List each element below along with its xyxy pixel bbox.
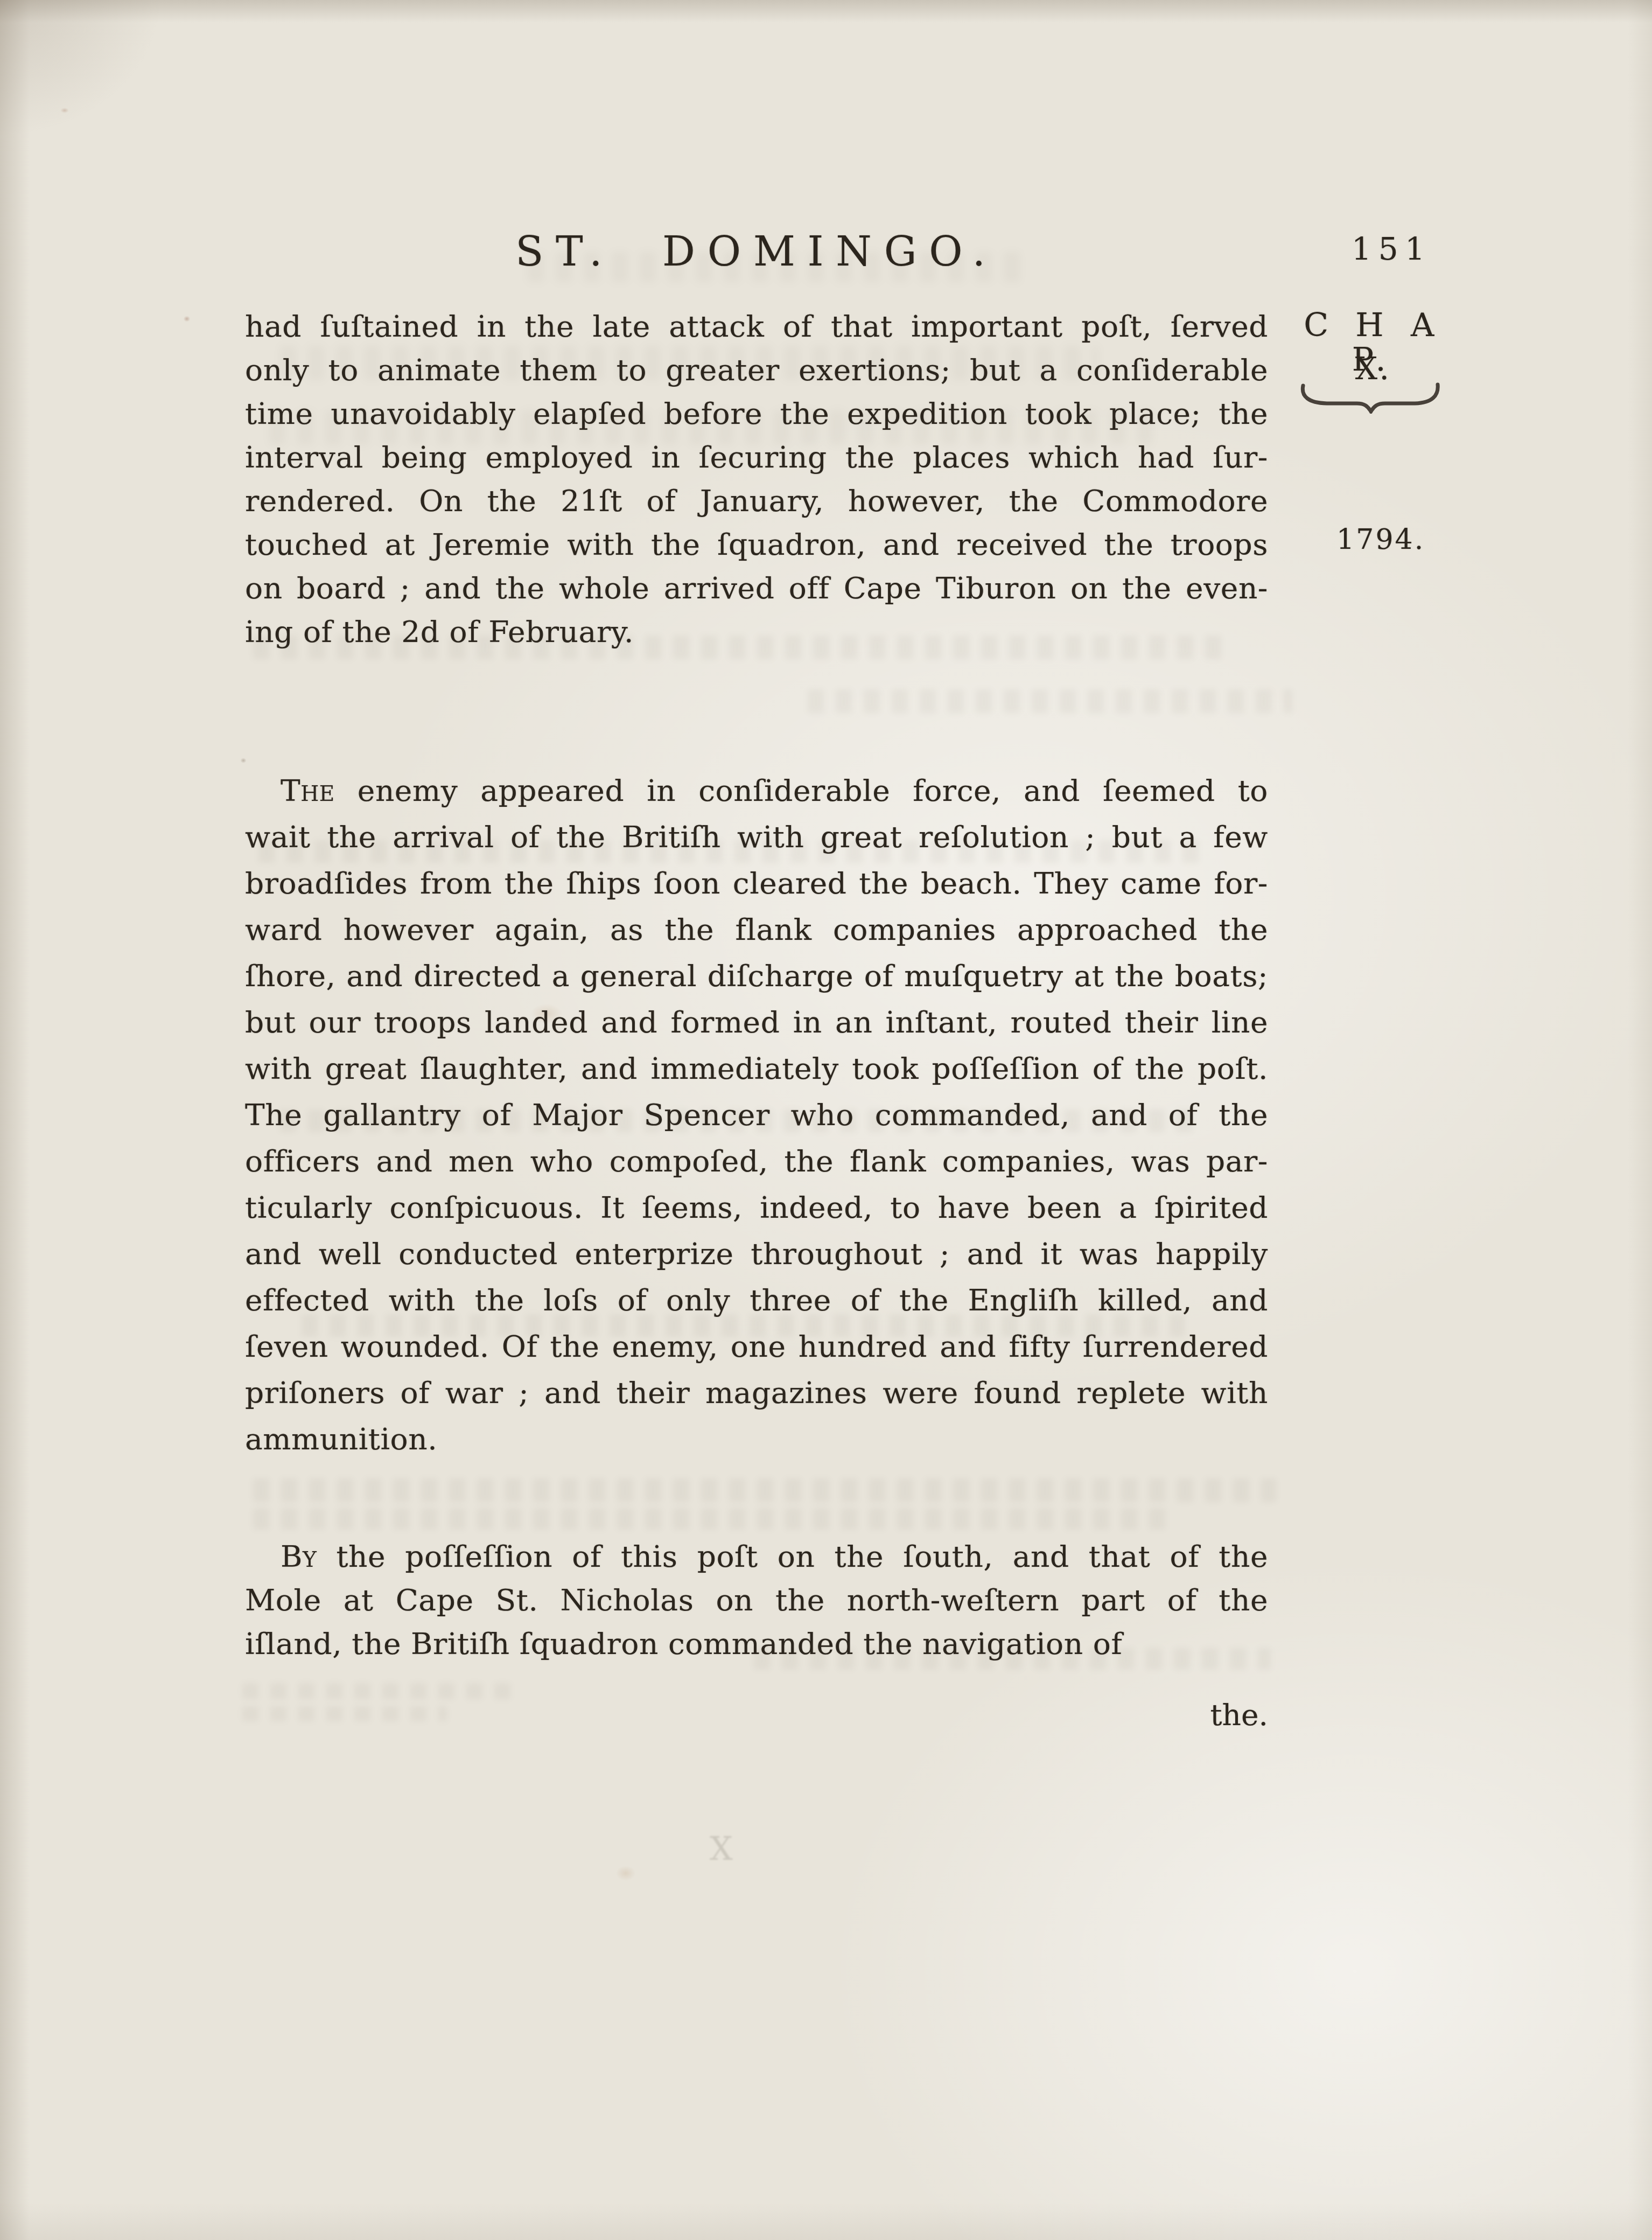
show-through-ghost-text: [253, 1478, 1276, 1502]
text-line: Mole at Cape St. Nicholas on the north-w…: [245, 1579, 1268, 1622]
text-line: wait the arrival of the Britiſh with gre…: [245, 814, 1268, 860]
text-line: interval being employed in ſecuring the …: [245, 436, 1268, 479]
text-line: touched at Jeremie with the ſquadron, an…: [245, 523, 1268, 567]
text-line: officers and men who compoſed, the flank…: [245, 1138, 1268, 1184]
text-line: and well conducted enterprize throughout…: [245, 1231, 1268, 1277]
text-line: rendered. On the 21ſt of January, howeve…: [245, 479, 1268, 523]
text-line: The gallantry of Major Spencer who comma…: [245, 1092, 1268, 1138]
paragraph-lead-capital: B: [281, 1539, 303, 1574]
margin-year-note: 1794.: [1336, 524, 1425, 556]
text-line: priſoners of war ; and their magazines w…: [245, 1370, 1268, 1416]
running-head-title: ST. DOMINGO.: [245, 227, 1268, 275]
text-line: effected with the loſs of only three of …: [245, 1277, 1268, 1323]
text-line: ammunition.: [245, 1416, 1268, 1462]
text-line: ticularly conſpicuous. It ſeems, indeed,…: [245, 1184, 1268, 1231]
page-number: 151: [1352, 231, 1432, 267]
paragraph-lead-smallcaps: y: [303, 1539, 317, 1574]
book-page: ST. DOMINGO. 151 C H A P. X. 1794. had ſ…: [0, 0, 1652, 2240]
text-line: The enemy appeared in conſiderable force…: [245, 767, 1268, 814]
text-line: but our troops landed and formed in an i…: [245, 999, 1268, 1045]
catchword: the.: [245, 1698, 1268, 1732]
paragraph: By the poſſeſſion of this poſt on the ſo…: [245, 1535, 1268, 1666]
show-through-ghost-text: [808, 689, 1292, 713]
text-line: ſhore, and directed a general diſcharge …: [245, 953, 1268, 999]
show-through-ghost-text: [242, 1683, 522, 1699]
text-line: By the poſſeſſion of this poſt on the ſo…: [245, 1535, 1268, 1579]
paragraph: had ſuſtained in the late attack of that…: [245, 305, 1268, 654]
paragraph-lead-capital: T: [281, 773, 300, 808]
show-through-ghost-text: [253, 1508, 1168, 1530]
text-line: ſeven wounded. Of the enemy, one hundred…: [245, 1323, 1268, 1370]
signature-mark: X: [710, 1830, 733, 1868]
text-line: with great ſlaughter, and immediately to…: [245, 1045, 1268, 1092]
text-line: had ſuſtained in the late attack of that…: [245, 305, 1268, 348]
text-line: time unavoidably elapſed before the expe…: [245, 392, 1268, 436]
text-line: broadſides from the ſhips ſoon cleared t…: [245, 860, 1268, 906]
text-line: iſland, the Britiſh ſquadron commanded t…: [245, 1622, 1268, 1666]
text-line: only to animate them to greater exertion…: [245, 348, 1268, 392]
text-line: ward however again, as the flank compani…: [245, 906, 1268, 953]
paragraph-lead-smallcaps: he: [300, 773, 335, 808]
paragraph: The enemy appeared in conſiderable force…: [245, 767, 1268, 1462]
chapter-brace-ornament: [1299, 381, 1443, 414]
text-line: on board ; and the whole arrived off Cap…: [245, 567, 1268, 610]
text-line: ing of the 2d of February.: [245, 610, 1268, 654]
